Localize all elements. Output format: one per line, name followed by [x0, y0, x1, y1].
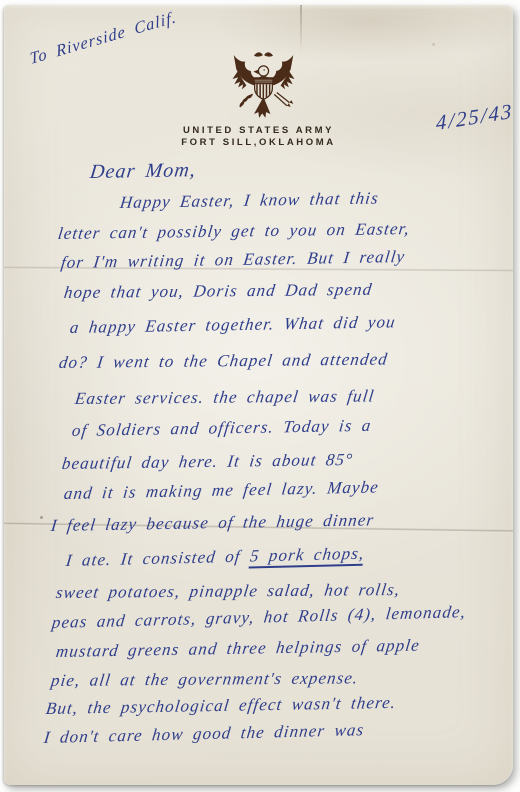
body-line: of Soldiers and officers. Today is a — [71, 416, 373, 441]
body-line: pie, all at the government's expense. — [50, 668, 360, 691]
paper-wrinkle-top — [300, 5, 302, 53]
destination-annotation: To Riverside Calif. — [29, 7, 178, 69]
letter-paper: To Riverside Calif. — [4, 5, 513, 785]
underlined-phrase: 5 pork chops, — [249, 544, 366, 569]
body-line: I don't care how good the dinner was — [43, 720, 366, 748]
body-line: Happy Easter, I know that this — [119, 188, 380, 213]
scanned-letter: To Riverside Calif. — [0, 0, 520, 792]
body-line: do? I went to the Chapel and attended — [58, 350, 389, 373]
body-line: hope that you, Doris and Dad spend — [63, 280, 374, 303]
body-line: sweet potatoes, pinapple salad, hot roll… — [55, 580, 402, 603]
body-line: But, the psychological effect wasn't the… — [45, 693, 398, 719]
salutation: Dear Mom, — [89, 159, 198, 184]
letterhead-line2: FORT SILL,OKLAHOMA — [4, 137, 513, 149]
body-line: Easter services. the chapel was full — [74, 386, 376, 409]
body-line: beautiful day here. It is about 85° — [61, 450, 355, 474]
body-line: mustard greens and three helpings of app… — [55, 636, 421, 662]
body-line: and it is making me feel lazy. Maybe — [63, 477, 380, 504]
body-line: peas and carrots, gravy, hot Rolls (4), … — [51, 602, 467, 633]
consisted-line-pre: I ate. It consisted of — [65, 546, 251, 570]
body-line: letter can't possibly get to you on East… — [57, 219, 411, 244]
body-line-consisted: I ate. It consisted of 5 pork chops, — [65, 544, 366, 571]
paper-speck — [432, 43, 435, 46]
body-line: a happy Easter together. What did you — [69, 312, 397, 338]
army-eagle-icon — [216, 49, 311, 129]
body-line: I feel lazy because of the huge dinner — [50, 510, 376, 536]
paper-speck — [40, 516, 43, 519]
